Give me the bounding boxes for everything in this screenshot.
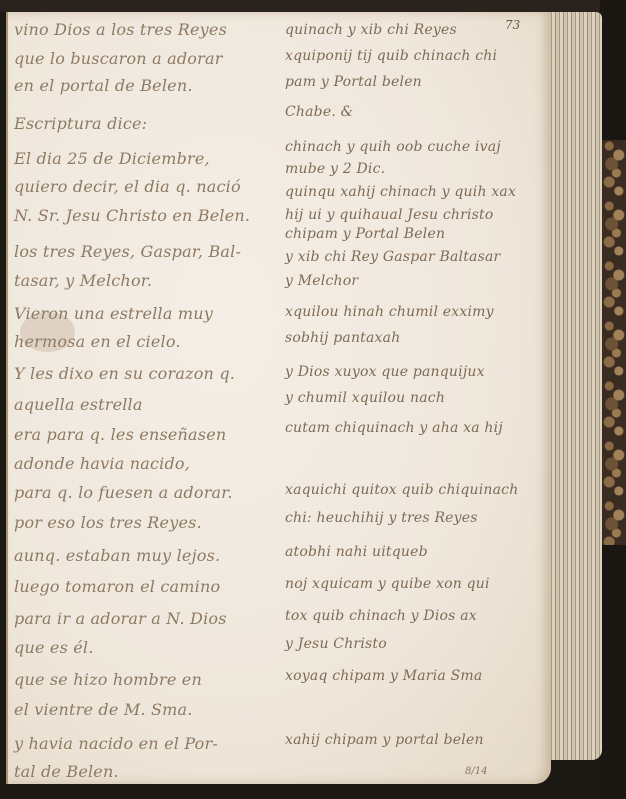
indigenous-line: tox quib chinach y Dios ax <box>285 608 477 624</box>
indigenous-line: atobhi nahi uitqueb <box>285 544 428 560</box>
spanish-line: Y les dixo en su corazon q. <box>14 364 235 383</box>
spanish-line: que es él. <box>14 638 94 657</box>
indigenous-line: chipam y Portal Belen <box>285 226 445 242</box>
spanish-line: por eso los tres Reyes. <box>14 513 202 532</box>
indigenous-line: pam y Portal belen <box>285 74 422 90</box>
indigenous-line: xquilou hinah chumil exximy <box>285 304 494 320</box>
spanish-line: Vieron una estrella muy <box>14 304 213 323</box>
spanish-line: vino Dios a los tres Reyes <box>14 20 227 39</box>
spanish-line: N. Sr. Jesu Christo en Belen. <box>14 206 250 225</box>
spanish-line: y havia nacido en el Por- <box>14 734 218 753</box>
indigenous-line: y Melchor <box>285 273 358 289</box>
spanish-line: aunq. estaban muy lejos. <box>14 546 220 565</box>
spanish-line: en el portal de Belen. <box>14 76 193 95</box>
spanish-line: quiero decir, el dia q. nació <box>14 177 241 196</box>
spanish-line: tasar, y Melchor. <box>14 271 152 290</box>
indigenous-line: y chumil xquilou nach <box>285 390 445 406</box>
book-cover-top <box>0 0 626 12</box>
indigenous-line: xquiponij tij quib chinach chi <box>285 48 497 64</box>
indigenous-line: y Jesu Christo <box>285 636 387 652</box>
indigenous-line: xahij chipam y portal belen <box>285 732 484 748</box>
spanish-line: El dia 25 de Diciembre, <box>14 149 210 168</box>
spanish-line: para ir a adorar a N. Dios <box>14 609 227 628</box>
page-signature: 8/14 <box>465 766 487 777</box>
indigenous-line: xoyaq chipam y Maria Sma <box>285 668 482 684</box>
indigenous-line: sobhij pantaxah <box>285 330 400 346</box>
indigenous-line: y xib chi Rey Gaspar Baltasar <box>285 249 500 265</box>
spanish-line: tal de Belen. <box>14 762 119 781</box>
indigenous-line: quinach y xib chi Reyes <box>285 22 457 38</box>
indigenous-line: quinqu xahij chinach y quih xax <box>285 184 516 200</box>
spanish-line: luego tomaron el camino <box>14 577 220 596</box>
spanish-line: para q. lo fuesen a adorar. <box>14 483 233 502</box>
spanish-line: los tres Reyes, Gaspar, Bal- <box>14 242 241 261</box>
indigenous-line: xaquichi quitox quib chiquinach <box>285 482 518 498</box>
indigenous-line: mube y 2 Dic. <box>285 161 385 177</box>
spanish-line: aquella estrella <box>14 395 143 414</box>
spanish-line: adonde havia nacido, <box>14 454 190 473</box>
spanish-line: era para q. les enseñasen <box>14 425 226 444</box>
indigenous-line: noj xquicam y quibe xon qui <box>285 576 490 592</box>
spanish-line: que lo buscaron a adorar <box>14 49 223 68</box>
gutter-line <box>6 12 8 784</box>
spanish-line: hermosa en el cielo. <box>14 332 181 351</box>
marbled-endpaper <box>602 140 626 545</box>
indigenous-line: hij ui y quihaual Jesu christo <box>285 207 494 223</box>
spanish-line: que se hizo hombre en <box>14 670 202 689</box>
spanish-line: el vientre de M. Sma. <box>14 700 193 719</box>
indigenous-line: cutam chiquinach y aha xa hij <box>285 420 503 436</box>
indigenous-line: y Dios xuyox que panquijux <box>285 364 485 380</box>
spanish-line: Escriptura dice: <box>14 114 147 133</box>
indigenous-line: chinach y quih oob cuche ivaj <box>285 139 501 155</box>
indigenous-line: chi: heuchihij y tres Reyes <box>285 510 478 526</box>
indigenous-line: Chabe. & <box>285 104 353 120</box>
folio-number: 73 <box>505 18 520 32</box>
